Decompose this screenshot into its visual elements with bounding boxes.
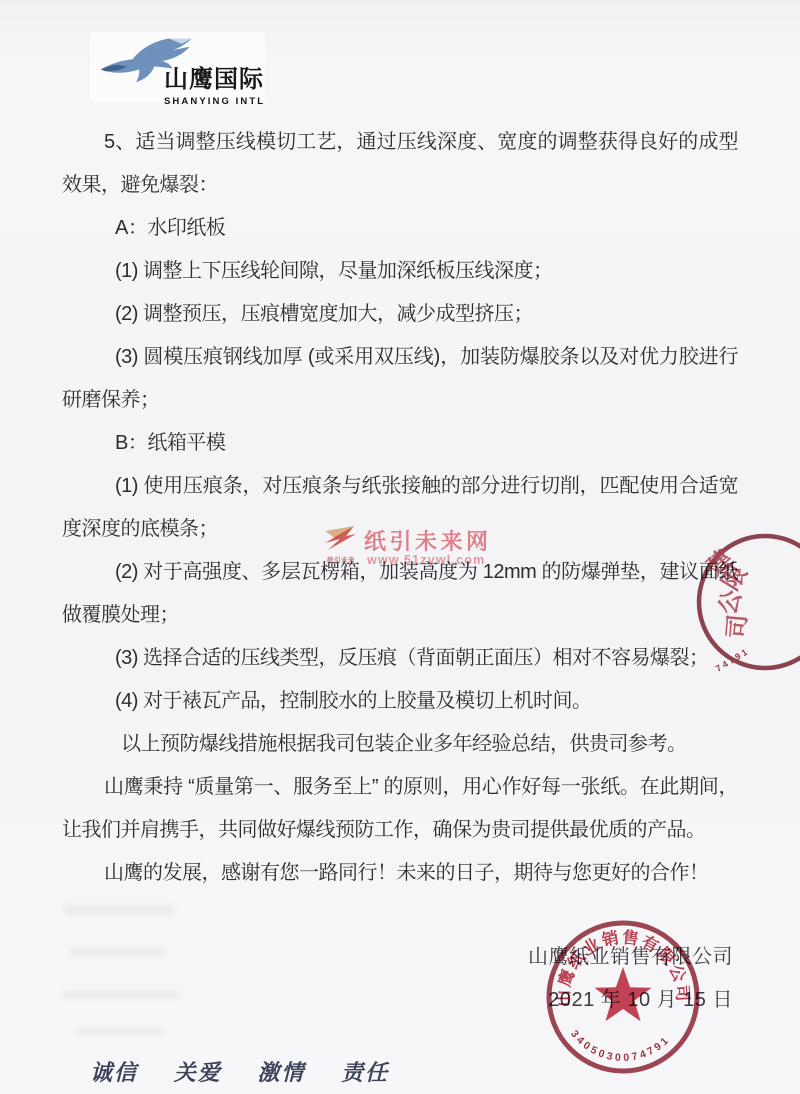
site-watermark: 纸引未来 纸引未来网 www.51zywl.com [323, 525, 492, 567]
scan-bleed-artifact [70, 948, 165, 957]
scan-bleed-artifact [75, 1028, 165, 1036]
para-a-item-3: (3) 圆模压痕钢线加厚 (或采用双压线)，加装防爆胶条以及对优力胶进行研磨保养… [62, 336, 738, 422]
watermark-z-icon: 纸引未来 [323, 525, 359, 564]
partial-stamp-char: 司 [723, 613, 752, 639]
watermark-text: 纸引未来网 www.51zywl.com [364, 525, 492, 567]
watermark-caption: 纸引未来 [323, 555, 359, 564]
company-seal-stamp: 山鹰纸业销售有限公司 3405030074791 [543, 917, 703, 1077]
logo-name-en: SHANYING INTL [164, 96, 265, 107]
footer-values: 诚信 关爱 激情 责任 [90, 1056, 415, 1087]
footer-value: 激情 [257, 1060, 305, 1086]
scan-bleed-artifact [64, 905, 174, 915]
footer-value: 责任 [341, 1060, 389, 1086]
logo-text: 山鹰国际 SHANYING INTL [164, 59, 265, 107]
scan-bleed-artifact [62, 990, 180, 999]
para-point-5: 5、适当调整压线模切工艺，通过压线深度、宽度的调整获得良好的成型效果，避免爆裂： [62, 121, 738, 207]
para-a-item-1: (1) 调整上下压线轮间隙，尽量加深纸板压线深度； [62, 250, 738, 293]
scanned-document-page: 山鹰国际 SHANYING INTL 5、适当调整压线模切工艺，通过压线深度、宽… [0, 0, 800, 1094]
partial-company-stamp: 建 限 公 司 74791 [672, 512, 800, 697]
logo-name-cn: 山鹰国际 [164, 59, 265, 94]
para-section-a: A：水印纸板 [62, 207, 738, 250]
footer-value: 诚信 [90, 1060, 138, 1086]
stamp-star-icon [595, 967, 652, 1021]
para-a-item-2: (2) 调整预压，压痕槽宽度加大，减少成型挤压； [62, 293, 738, 336]
para-summary: 以上预防爆线措施根据我司包装企业多年经验总结，供贵司参考。 [62, 723, 738, 766]
para-section-b: B：纸箱平模 [62, 422, 738, 465]
para-b-item-3: (3) 选择合适的压线类型，反压痕（背面朝正面压）相对不容易爆裂； [62, 637, 738, 680]
footer-value: 关爱 [174, 1060, 222, 1086]
letter-body: 5、适当调整压线模切工艺，通过压线深度、宽度的调整获得良好的成型效果，避免爆裂：… [62, 121, 738, 895]
watermark-url: www.51zywl.com [367, 553, 492, 567]
company-logo: 山鹰国际 SHANYING INTL [96, 34, 276, 104]
para-b-item-4: (4) 对于裱瓦产品，控制胶水的上胶量及模切上机时间。 [62, 680, 738, 723]
para-closing: 山鹰的发展，感谢有您一路同行！未来的日子，期待与您更好的合作！ [62, 852, 738, 895]
para-commitment: 山鹰秉持 “质量第一、服务至上” 的原则，用心作好每一张纸。在此期间，让我们并肩… [62, 766, 738, 852]
watermark-brand: 纸引未来网 [364, 525, 492, 556]
